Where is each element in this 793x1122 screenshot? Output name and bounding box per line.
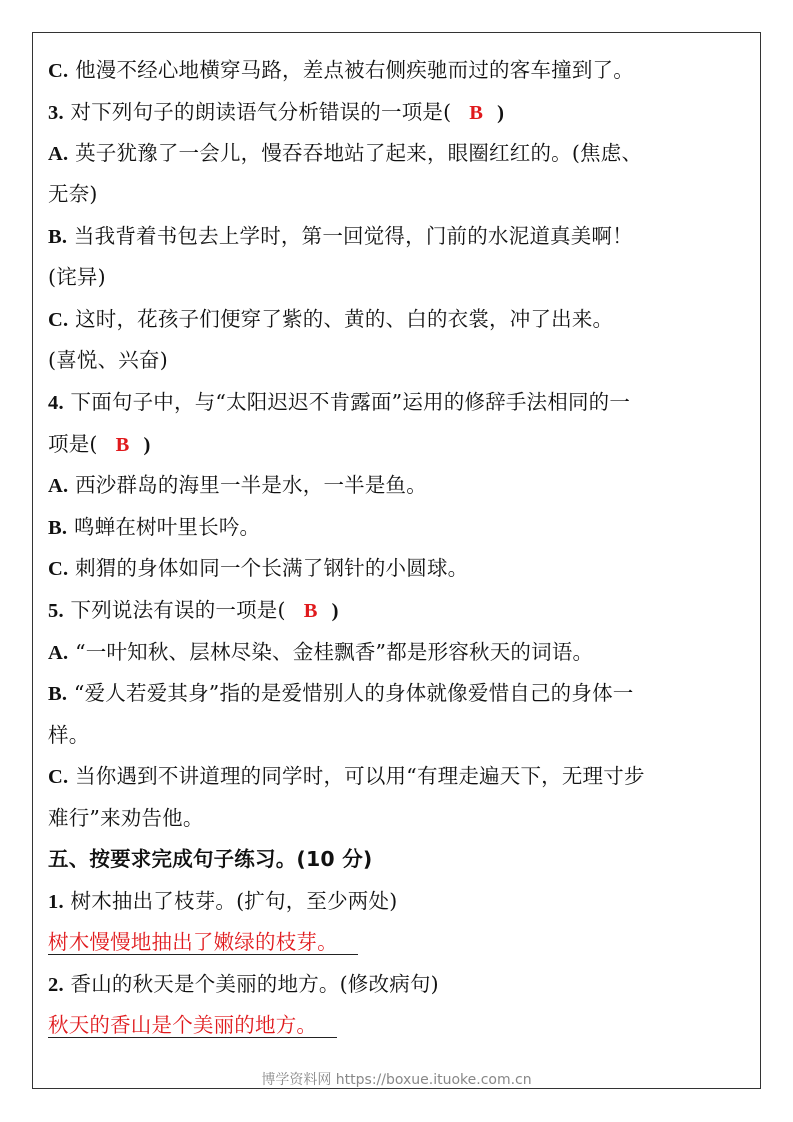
option-label: A. xyxy=(48,143,68,165)
option-q5-b-cont: 样。 xyxy=(48,720,89,750)
answer-mark: B xyxy=(451,98,497,128)
option-q3-b-cont: (诧异) xyxy=(48,262,106,292)
sentence-answer-1: 树木慢慢地抽出了嫩绿的枝芽。 xyxy=(48,927,358,957)
option-q3-a: A. 英子犹豫了一会儿，慢吞吞地站了起来，眼圈红红的。(焦虑、 xyxy=(48,138,642,169)
question-text: 项是( xyxy=(48,432,98,456)
option-label: C. xyxy=(48,558,68,580)
option-text: “爱人若爱其身”指的是爱惜别人的身体就像爱惜自己的身体一 xyxy=(74,681,634,705)
option-text: “一叶知秋、层林尽染、金桂飘香”都是形容秋天的词语。 xyxy=(75,640,593,664)
answer-mark: B xyxy=(286,596,332,626)
task-text: 树木抽出了枝芽。(扩句，至少两处) xyxy=(71,889,398,913)
option-label: A. xyxy=(48,475,68,497)
question-5: 5. 下列说法有误的一项是(B) xyxy=(48,595,339,626)
question-4-cont: 项是(B) xyxy=(48,429,151,460)
option-q4-c: C. 刺猬的身体如同一个长满了钢针的小圆球。 xyxy=(48,553,468,584)
option-q2-c: C. 他漫不经心地横穿马路，差点被右侧疾驰而过的客车撞到了。 xyxy=(48,55,634,86)
option-text: 无奈) xyxy=(48,182,98,206)
option-q4-b: B. 鸣蝉在树叶里长吟。 xyxy=(48,512,260,543)
option-q5-b: B. “爱人若爱其身”指的是爱惜别人的身体就像爱惜自己的身体一 xyxy=(48,678,633,709)
sentence-answer-2: 秋天的香山是个美丽的地方。 xyxy=(48,1010,337,1040)
option-text: 当我背着书包去上学时，第一回觉得，门前的水泥道真美啊！ xyxy=(74,224,633,248)
question-number: 4. xyxy=(48,392,64,414)
option-text: 难行”来劝告他。 xyxy=(48,806,204,830)
task-text: 香山的秋天是个美丽的地方。(修改病句) xyxy=(71,972,439,996)
option-q3-c: C. 这时，花孩子们便穿了紫的、黄的、白的衣裳，冲了出来。 xyxy=(48,304,613,335)
section-title: 五、按要求完成句子练习。(10 分) xyxy=(48,847,373,871)
option-text: 这时，花孩子们便穿了紫的、黄的、白的衣裳，冲了出来。 xyxy=(75,307,613,331)
sentence-task-1: 1. 树木抽出了枝芽。(扩句，至少两处) xyxy=(48,886,397,917)
question-3: 3. 对下列句子的朗读语气分析错误的一项是(B) xyxy=(48,97,504,128)
option-label: B. xyxy=(48,226,67,248)
close-paren: ) xyxy=(143,434,150,456)
question-number: 5. xyxy=(48,600,64,622)
option-q4-a: A. 西沙群岛的海里一半是水，一半是鱼。 xyxy=(48,470,427,501)
sentence-task-2: 2. 香山的秋天是个美丽的地方。(修改病句) xyxy=(48,969,439,1000)
option-text: 当你遇到不讲道理的同学时，可以用“有理走遍天下，无理寸步 xyxy=(75,764,645,788)
option-label: C. xyxy=(48,309,68,331)
option-label: B. xyxy=(48,683,67,705)
option-label: A. xyxy=(48,642,68,664)
answer-text: 树木慢慢地抽出了嫩绿的枝芽。 xyxy=(48,930,358,955)
task-number: 1. xyxy=(48,891,64,913)
answer-text: 秋天的香山是个美丽的地方。 xyxy=(48,1013,337,1038)
option-q5-c-cont: 难行”来劝告他。 xyxy=(48,803,204,833)
option-q3-a-cont: 无奈) xyxy=(48,179,98,209)
option-text: 鸣蝉在树叶里长吟。 xyxy=(74,515,260,539)
option-label: B. xyxy=(48,517,67,539)
option-q3-c-cont: (喜悦、兴奋) xyxy=(48,345,168,375)
task-number: 2. xyxy=(48,974,64,996)
option-label: C. xyxy=(48,60,68,82)
question-text: 下面句子中，与“太阳迟迟不肯露面”运用的修辞手法相同的一 xyxy=(71,390,631,414)
option-text: (喜悦、兴奋) xyxy=(48,348,168,372)
option-text: 西沙群岛的海里一半是水，一半是鱼。 xyxy=(75,473,427,497)
question-number: 3. xyxy=(48,102,64,124)
option-text: 他漫不经心地横穿马路，差点被右侧疾驰而过的客车撞到了。 xyxy=(75,58,634,82)
close-paren: ) xyxy=(497,102,504,124)
answer-mark: B xyxy=(98,430,144,460)
option-q3-b: B. 当我背着书包去上学时，第一回觉得，门前的水泥道真美啊！ xyxy=(48,221,633,252)
option-q5-a: A. “一叶知秋、层林尽染、金桂飘香”都是形容秋天的词语。 xyxy=(48,637,593,668)
footer-watermark: 博学资料网 https://boxue.ituoke.com.cn xyxy=(0,1069,793,1089)
close-paren: ) xyxy=(332,600,339,622)
option-text: 样。 xyxy=(48,723,89,747)
option-text: (诧异) xyxy=(48,265,106,289)
option-text: 刺猬的身体如同一个长满了钢针的小圆球。 xyxy=(75,556,468,580)
option-q5-c: C. 当你遇到不讲道理的同学时，可以用“有理走遍天下，无理寸步 xyxy=(48,761,645,792)
option-label: C. xyxy=(48,766,68,788)
question-text: 下列说法有误的一项是( xyxy=(71,598,286,622)
question-4: 4. 下面句子中，与“太阳迟迟不肯露面”运用的修辞手法相同的一 xyxy=(48,387,630,418)
option-text: 英子犹豫了一会儿，慢吞吞地站了起来，眼圈红红的。(焦虑、 xyxy=(75,141,642,165)
question-text: 对下列句子的朗读语气分析错误的一项是( xyxy=(71,100,452,124)
section-heading: 五、按要求完成句子练习。(10 分) xyxy=(48,844,373,874)
